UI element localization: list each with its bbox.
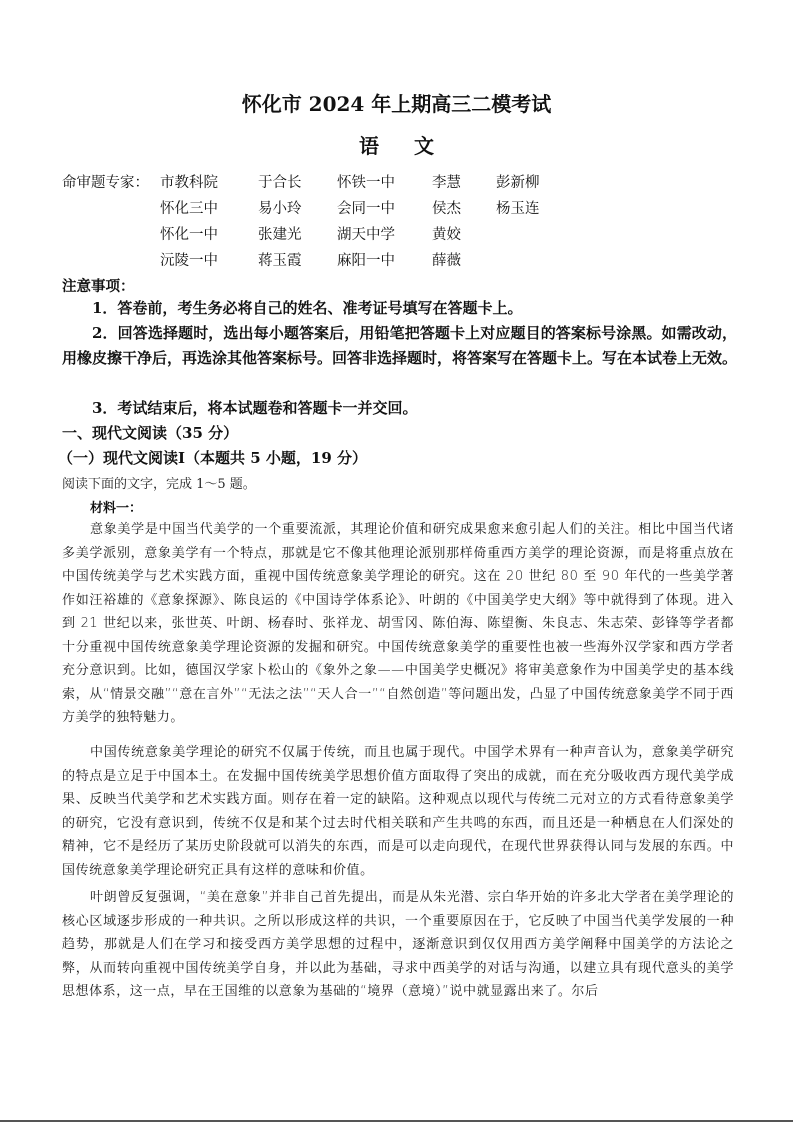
passage-paragraph: 意象美学是中国当代美学的一个重要流派，其理论价值和研究成果愈来愈引起人们的关注。…	[62, 518, 734, 730]
notice-item: 3．考试结束后，将本试题卷和答题卡一并交回。	[62, 396, 737, 421]
experts-label: 命审题专家：	[62, 171, 149, 192]
expert-school: 怀铁一中	[337, 171, 395, 192]
section-title: 一、现代文阅读（35 分）	[62, 422, 238, 443]
reading-instruction: 阅读下面的文字，完成 1～5 题。	[62, 473, 256, 492]
expert-name: 李慧	[432, 171, 461, 192]
passage-paragraph: 中国传统意象美学理论的研究不仅属于传统，而且也属于现代。中国学术界有一种声音认为…	[62, 741, 734, 882]
expert-name: 于合长	[258, 171, 302, 192]
expert-name: 薛薇	[432, 249, 461, 270]
material-title: 材料一：	[90, 497, 142, 516]
notice-item: 1．答卷前，考生务必将自己的姓名、准考证号填写在答题卡上。	[62, 296, 737, 321]
expert-name: 侯杰	[432, 197, 461, 218]
expert-name: 易小玲	[258, 197, 302, 218]
subject-title: 语 文	[0, 130, 793, 159]
section-subtitle: （一）现代文阅读Ⅰ（本题共 5 小题，19 分）	[58, 447, 367, 468]
expert-school: 怀化一中	[160, 223, 218, 244]
notice-item: 2．回答选择题时，选出每小题答案后，用铅笔把答题卡上对应题目的答案标号涂黑。如需…	[62, 321, 737, 371]
expert-school: 会同一中	[337, 197, 395, 218]
expert-school: 麻阳一中	[337, 249, 395, 270]
exam-page: 怀化市 2024 年上期高三二模考试 语 文 命审题专家： 市教科院 于合长 怀…	[0, 0, 793, 1122]
expert-school: 怀化三中	[160, 197, 218, 218]
passage-paragraph: 叶朗曾反复强调，“美在意象”并非自己首先提出，而是从朱光潜、宗白华开始的许多北大…	[62, 886, 734, 1004]
expert-name: 黄姣	[432, 223, 461, 244]
expert-school: 市教科院	[160, 171, 218, 192]
exam-title: 怀化市 2024 年上期高三二模考试	[0, 88, 793, 117]
expert-school: 湖天中学	[337, 223, 395, 244]
expert-school: 沅陵一中	[160, 249, 218, 270]
expert-name: 彭新柳	[496, 171, 540, 192]
expert-name: 张建光	[258, 223, 302, 244]
notice-title: 注意事项：	[62, 275, 135, 296]
expert-name: 杨玉连	[496, 197, 540, 218]
expert-name: 蒋玉霞	[258, 249, 302, 270]
